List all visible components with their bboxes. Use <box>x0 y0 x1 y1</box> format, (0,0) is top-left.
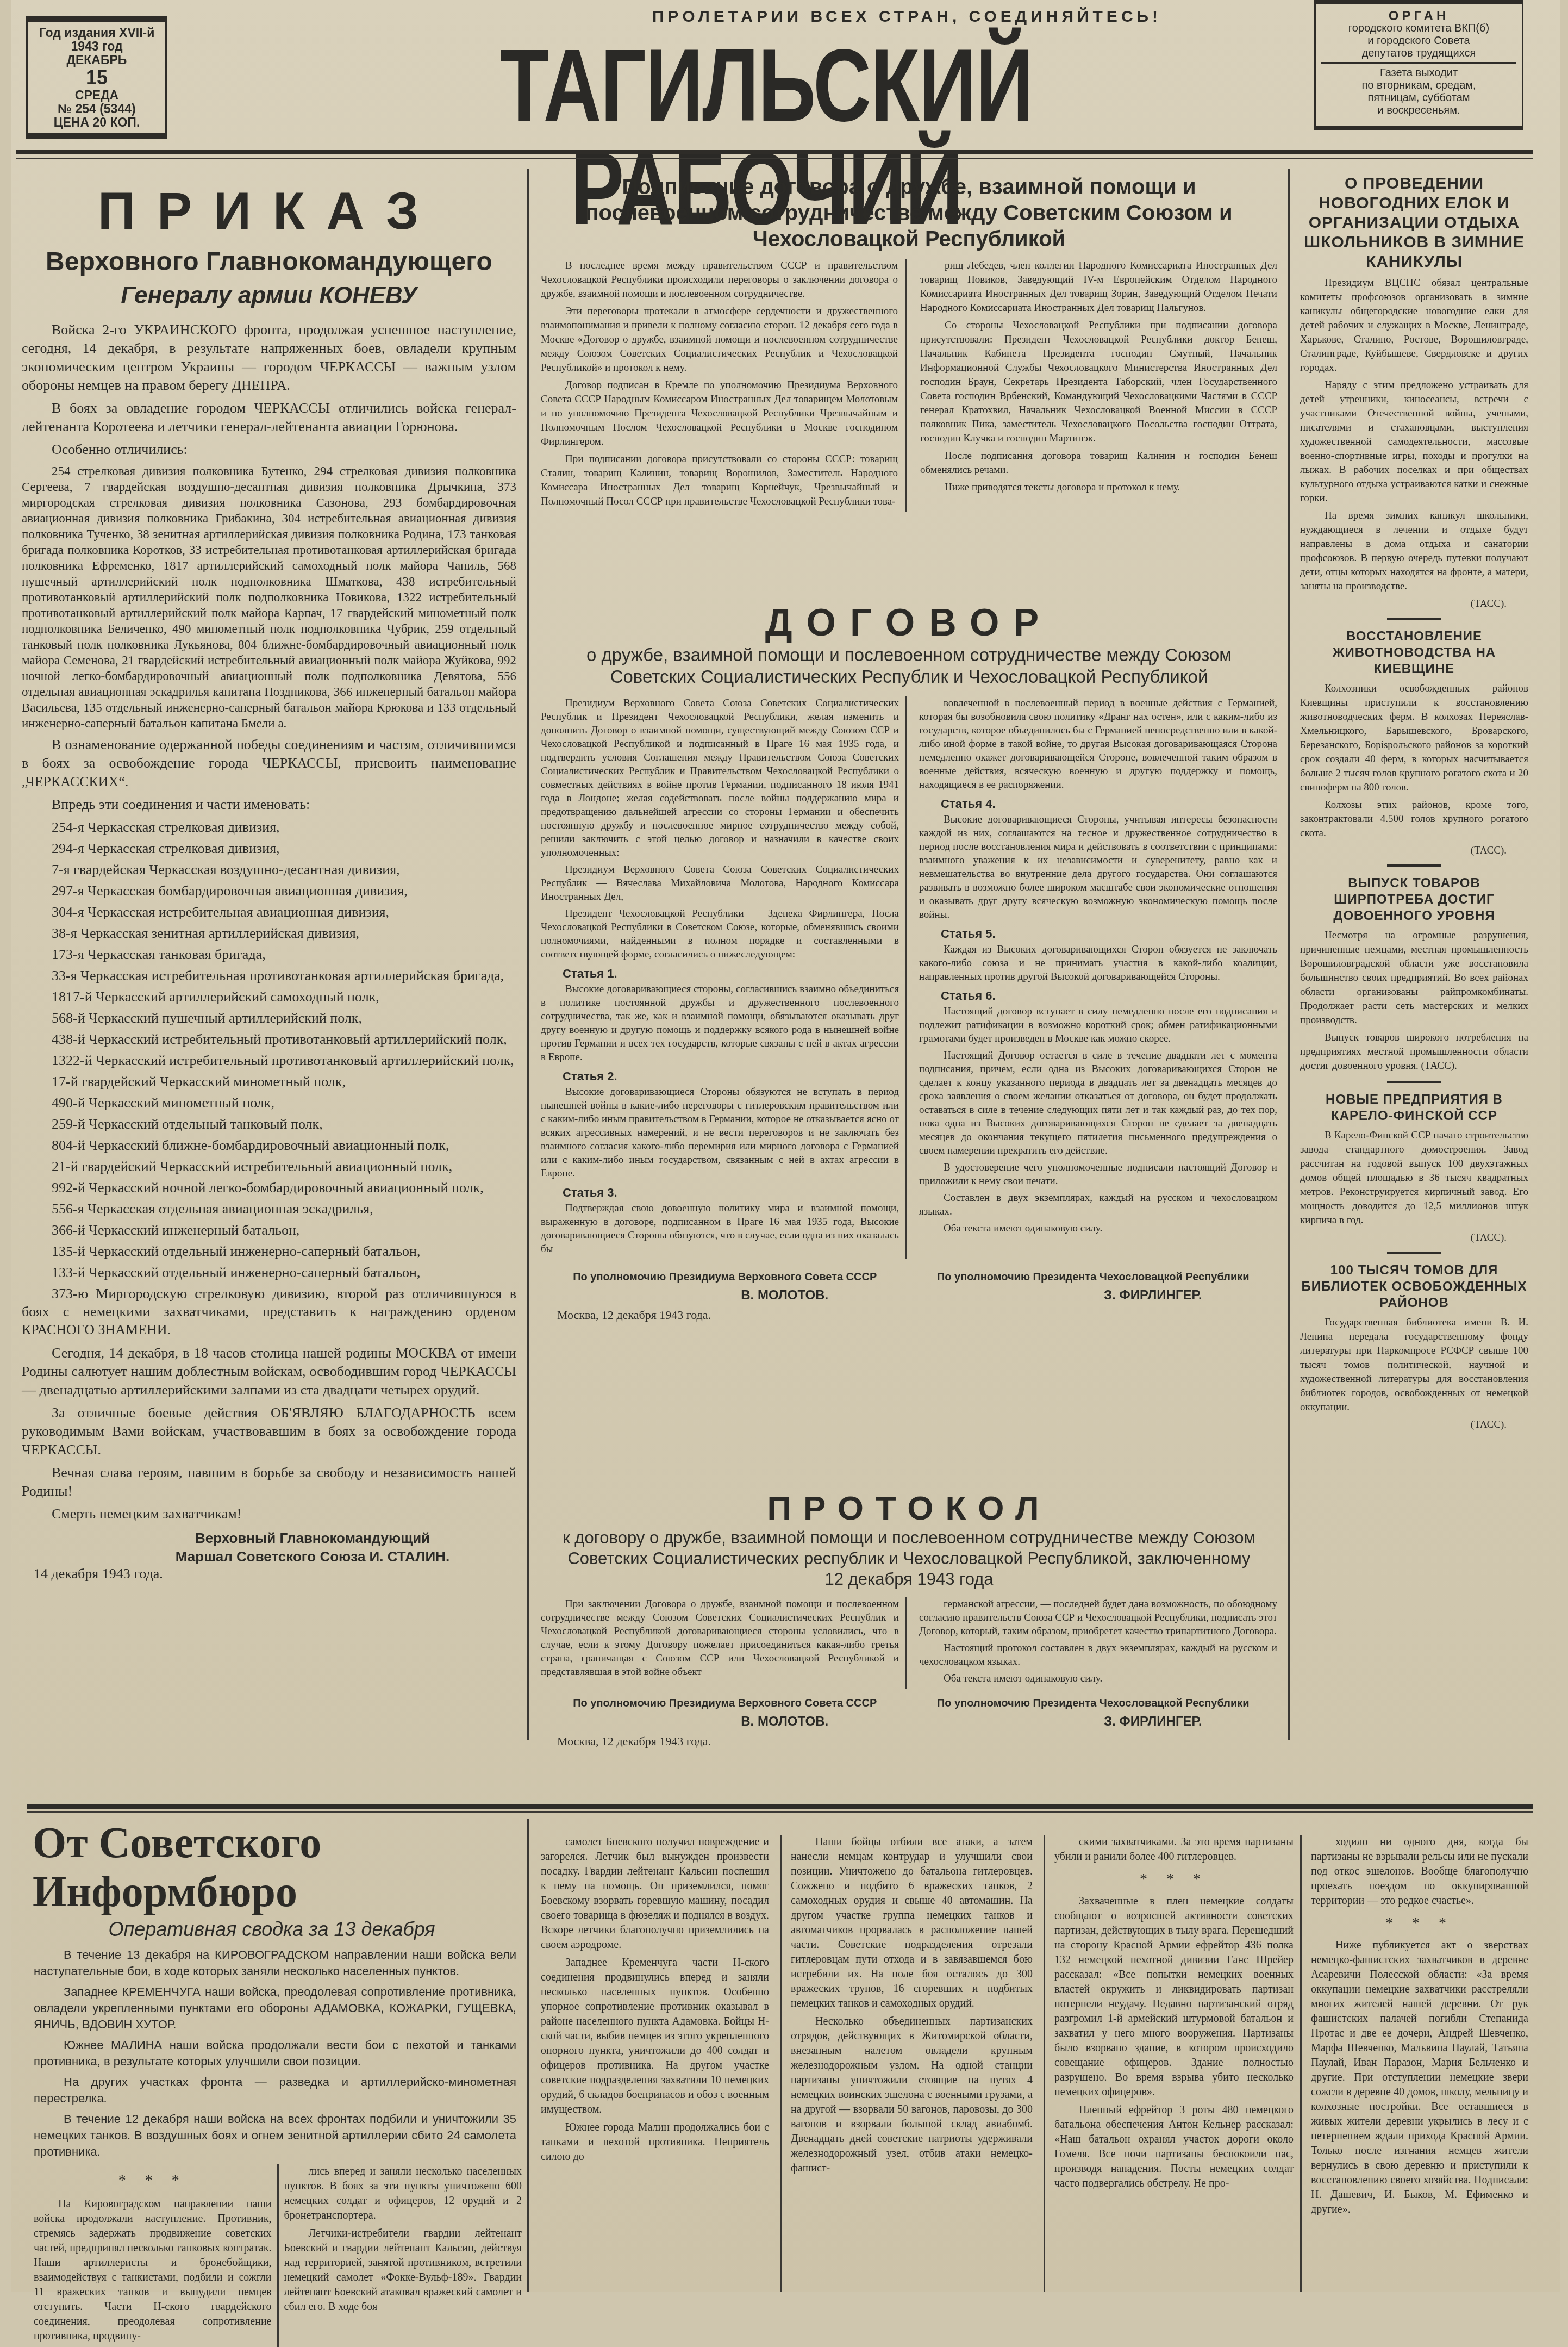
column-divider <box>1300 1835 1302 2292</box>
separator-stars: * * * <box>1311 1916 1528 1931</box>
paragraph: Оба текста имеют одинаковую силу. <box>919 1672 1277 1685</box>
prikaz-date: 14 декабря 1943 года. <box>34 1566 516 1582</box>
paragraph: В течение 13 декабря на КИРОВОГРАДСКОМ н… <box>34 1947 516 1979</box>
article-heading: Статья 1. <box>563 967 899 980</box>
paragraph: На время зимних каникул школьники, нужда… <box>1300 509 1528 594</box>
year-of-issue: Год издания XVII-й <box>28 26 165 40</box>
article-separator <box>1387 864 1441 867</box>
paragraph: Настоящий Договор остается в силе в тече… <box>919 1049 1277 1157</box>
column-divider <box>780 1835 782 2292</box>
paragraph: В Карело-Финской ССР начато строительств… <box>1300 1129 1528 1228</box>
schedule-line: Газета выходит <box>1316 67 1522 79</box>
source-credit: (ТАСС). <box>1300 598 1528 610</box>
informburo-col-b: лись вперед и заняли несколько населенны… <box>277 2164 522 2292</box>
informburo-lead: От Советского Информбюро Оперативная сво… <box>22 1819 522 2292</box>
paragraph: В ознаменование одержанной победы соедин… <box>22 736 516 791</box>
signature-name: Маршал Советского Союза И. СТАЛИН. <box>22 1547 516 1566</box>
sidebar-headline: ВОССТАНОВЛЕНИЕ ЖИВОТНОВОДСТВА НА КИЕВЩИН… <box>1300 628 1528 677</box>
paragraph: Впредь эти соединения и части именовать: <box>22 795 516 814</box>
unit-item: 366-й Черкасский инженерный батальон, <box>22 1221 516 1239</box>
unit-item: 297-я Черкасская бомбардировочная авиаци… <box>22 882 516 900</box>
article-heading: Статья 3. <box>563 1186 899 1199</box>
signature-name: В. МОЛОТОВ. <box>541 1286 909 1305</box>
informburo-subtitle: Оперативная сводка за 13 декабря <box>22 1916 522 1943</box>
paragraph: Высокие договаривающиеся Стороны обязуют… <box>541 1085 899 1180</box>
paragraph: Государственная библиотека имени В. И. Л… <box>1300 1316 1528 1415</box>
dogovor-date: Москва, 12 декабря 1943 года. <box>557 1308 1277 1322</box>
prikaz-subtitle: Верховного Главнокомандующего <box>22 246 516 278</box>
prikaz-body: Войска 2-го УКРАИНСКОГО фронта, продолжа… <box>22 321 516 814</box>
paragraph: На других участках фронта — разведка и а… <box>34 2074 516 2107</box>
unit-item: 304-я Черкасская истребительная авиацион… <box>22 903 516 921</box>
protokol-date: Москва, 12 декабря 1943 года. <box>557 1734 1277 1748</box>
source-credit: (ТАСС). <box>1300 1419 1528 1431</box>
paragraph: Составлен в двух экземплярах, каждый на … <box>919 1191 1277 1218</box>
source-credit: (ТАСС). <box>1300 1232 1528 1244</box>
article-heading: Статья 2. <box>563 1069 899 1083</box>
unit-item: 21-й гвардейский Черкасский истребительн… <box>22 1157 516 1175</box>
source-credit: (ТАСС). <box>1300 845 1528 857</box>
signature-name: З. ФИРЛИНГЕР. <box>909 1713 1278 1731</box>
dogovor-title: ДОГОВОР <box>541 601 1277 644</box>
dogovor-columns: Президиум Верховного Совета Союза Советс… <box>541 696 1277 1259</box>
informburo-title: От Советского Информбюро <box>33 1819 522 1916</box>
signing-columns: В последнее время между правительством С… <box>541 259 1277 512</box>
article-heading: Статья 6. <box>941 989 1277 1003</box>
unit-item: 254-я Черкасская стрелковая дивизия, <box>22 818 516 836</box>
sidebar-article: О ПРОВЕДЕНИИ НОВОГОДНИХ ЕЛОК И ОРГАНИЗАЦ… <box>1300 174 1528 610</box>
month: ДЕКАБРЬ <box>28 53 165 67</box>
signature-authority: По уполномочию Президента Чехословацкой … <box>909 1694 1278 1713</box>
sidebar-article: 100 ТЫСЯЧ ТОМОВ ДЛЯ БИБЛИОТЕК ОСВОБОЖДЕН… <box>1300 1252 1528 1431</box>
paragraph: Смерть немецким захватчикам! <box>22 1505 516 1523</box>
paragraph: германской агрессии, — последней будет д… <box>919 1597 1277 1638</box>
paragraph: Колхозники освобожденных районов Киевщин… <box>1300 682 1528 795</box>
paragraph: Западнее Кременчуга части Н-ского соедин… <box>541 1956 769 2117</box>
unit-item: 259-й Черкасский отдельный танковый полк… <box>22 1115 516 1133</box>
protokol-title: ПРОТОКОЛ <box>541 1490 1277 1528</box>
signature-block-right: По уполномочию Президента Чехословацкой … <box>909 1694 1278 1731</box>
article-heading: Статья 5. <box>941 927 1277 941</box>
separator-stars: * * * <box>1054 1872 1294 1887</box>
sidebar-headline: 100 ТЫСЯЧ ТОМОВ ДЛЯ БИБЛИОТЕК ОСВОБОЖДЕН… <box>1300 1262 1528 1311</box>
paragraph: рищ Лебедев, член коллегии Народного Ком… <box>920 259 1277 315</box>
unit-item: 38-я Черкасская зенитная артиллерийская … <box>22 924 516 942</box>
unit-item: 173-я Черкасская танковая бригада, <box>22 945 516 963</box>
paragraph: Несколько объединенных партизанских отря… <box>791 2014 1033 2176</box>
article-separator <box>1387 618 1441 620</box>
protokol-col-1: При заключении Договора о дружбе, взаимн… <box>541 1597 907 1689</box>
unit-item: 17-й гвардейский Черкасский минометный п… <box>22 1073 516 1091</box>
issue-number: № 254 (5344) <box>28 102 165 116</box>
sidebar-article: ВЫПУСК ТОВАРОВ ШИРПОТРЕБА ДОСТИГ ДОВОЕНН… <box>1300 864 1528 1073</box>
paragraph: На Кировоградском направлении наши войск… <box>34 2197 272 2292</box>
paragraph: Высокие договаривающиеся Стороны, учитыв… <box>919 813 1277 922</box>
paragraph: самолет Боевского получил повреждение и … <box>541 1835 769 1952</box>
paragraph: ходило ни одного дня, когда бы партизаны… <box>1311 1835 1528 1908</box>
paragraph: Настоящий договор вступает в силу немедл… <box>919 1005 1277 1045</box>
sidebar-article: НОВЫЕ ПРЕДПРИЯТИЯ В КАРЕЛО-ФИНСКОЙ ССРВ … <box>1300 1081 1528 1244</box>
signature-block-right: По уполномочию Президента Чехословацкой … <box>909 1268 1278 1305</box>
paragraph: Захваченные в плен немецкие солдаты сооб… <box>1054 1894 1294 2100</box>
motto: ПРОЛЕТАРИИ ВСЕХ СТРАН, СОЕДИНЯЙТЕСЬ! <box>652 8 1161 26</box>
day: 15 <box>28 67 165 89</box>
article-separator <box>1387 1081 1441 1083</box>
paragraph: Каждая из Высоких договаривающихся Сторо… <box>919 943 1277 983</box>
paragraph: Сегодня, 14 декабря, в 18 часов столица … <box>22 1344 516 1399</box>
unit-item: 490-й Черкасский минометный полк, <box>22 1094 516 1112</box>
dogovor-subtitle: о дружбе, взаимной помощи и послевоенном… <box>541 644 1277 688</box>
right-info-box: ОРГАН городского комитета ВКП(б) и город… <box>1314 0 1523 130</box>
paragraph: Вечная слава героям, павшим в борьбе за … <box>22 1464 516 1501</box>
masthead-rule <box>16 150 1533 154</box>
unit-item: 294-я Черкасская стрелковая дивизия, <box>22 839 516 857</box>
dogovor-article: ДОГОВОР о дружбе, взаимной помощи и посл… <box>541 601 1277 1322</box>
paragraph: В течение 12 декабря наши войска на всех… <box>34 2111 516 2160</box>
paragraph: Президиум Верховного Совета Союза Советс… <box>541 696 899 860</box>
unit-item: 33-я Черкасская истребительная противота… <box>22 967 516 985</box>
unit-item: 1817-й Черкасский артиллерийский самоход… <box>22 988 516 1006</box>
informburo-col-c: самолет Боевского получил повреждение и … <box>541 1835 769 2168</box>
signing-article: Подписание договора о дружбе, взаимной п… <box>541 174 1277 512</box>
unit-item: 992-й Черкасский ночной легко-бомбардиро… <box>22 1179 516 1197</box>
paragraph: Ниже публикуется акт о зверствах немецко… <box>1311 1938 1528 2217</box>
dogovor-col-2: вовлеченной в послевоенный период в воен… <box>919 696 1277 1259</box>
price: ЦЕНА 20 КОП. <box>28 116 165 129</box>
informburo-col-e: скими захватчиками. За это время партиза… <box>1054 1835 1294 2194</box>
signing-col-2: рищ Лебедев, член коллегии Народного Ком… <box>920 259 1277 512</box>
news-sidebar: О ПРОВЕДЕНИИ НОВОГОДНИХ ЕЛОК И ОРГАНИЗАЦ… <box>1300 174 1528 1439</box>
paragraph: В последнее время между правительством С… <box>541 259 898 301</box>
signature-block-left: По уполномочию Президиума Верховного Сов… <box>541 1268 909 1305</box>
paragraph: скими захватчиками. За это время партиза… <box>1054 1835 1294 1864</box>
organ-label: ОРГАН <box>1316 10 1522 22</box>
paragraph: Эти переговоры протекали в атмосфере сер… <box>541 304 898 375</box>
dogovor-col-1: Президиум Верховного Совета Союза Советс… <box>541 696 907 1259</box>
paragraph: При подписании договора присутствовали с… <box>541 452 898 509</box>
paragraph: 254 стрелковая дивизия полковника Бутенк… <box>22 463 516 731</box>
unit-item: 7-я гвардейская Черкасская воздушно-деса… <box>22 861 516 879</box>
schedule-line: пятницам, субботам <box>1316 92 1522 104</box>
paragraph: Договор подписан в Кремле по уполномочию… <box>541 378 898 449</box>
paragraph: Колхозы этих районов, кроме того, законт… <box>1300 798 1528 841</box>
sidebar-headline: ВЫПУСК ТОВАРОВ ШИРПОТРЕБА ДОСТИГ ДОВОЕНН… <box>1300 875 1528 924</box>
unit-item: 133-й Черкасский отдельный инженерно-сап… <box>22 1263 516 1281</box>
sidebar-headline: НОВЫЕ ПРЕДПРИЯТИЯ В КАРЕЛО-ФИНСКОЙ ССР <box>1300 1092 1528 1124</box>
signature-authority: По уполномочию Президиума Верховного Сов… <box>541 1268 909 1286</box>
prikaz-closing: Сегодня, 14 декабря, в 18 часов столица … <box>22 1344 516 1523</box>
article-heading: Статья 4. <box>941 797 1277 811</box>
paragraph: Войска 2-го УКРАИНСКОГО фронта, продолжа… <box>22 321 516 395</box>
left-info-box: Год издания XVII-й 1943 год ДЕКАБРЬ 15 С… <box>26 16 167 139</box>
section-rule-thin <box>27 1811 1533 1813</box>
unit-item: 556-я Черкасская отдельная авиационная э… <box>22 1200 516 1218</box>
paragraph: В удостоверение чего уполномоченные подп… <box>919 1161 1277 1188</box>
weekday: СРЕДА <box>28 89 165 102</box>
prikaz-article: ПРИКАЗ Верховного Главнокомандующего Ген… <box>22 174 516 1582</box>
section-rule <box>27 1804 1533 1809</box>
signing-headline: Подписание договора о дружбе, взаимной п… <box>541 174 1277 252</box>
informburo-col-a: * * * На Кировоградском направлении наши… <box>34 2164 277 2292</box>
paragraph: Президиум Верховного Совета Союза Советс… <box>541 863 899 904</box>
protokol-signatures: По уполномочию Президиума Верховного Сов… <box>541 1694 1277 1731</box>
paragraph: Пленный ефрейтор 3 роты 480 немецкого ба… <box>1054 2103 1294 2191</box>
paragraph: После подписания договора товарищ Калини… <box>920 449 1277 477</box>
signature-block-left: По уполномочию Президиума Верховного Сов… <box>541 1694 909 1731</box>
paragraph: Президент Чехословацкой Республики — Зде… <box>541 907 899 961</box>
unit-item: 373-ю Миргородскую стрелковую дивизию, в… <box>22 1285 516 1339</box>
organ-line: и городского Совета <box>1316 35 1522 47</box>
unit-item: 804-й Черкасский ближне-бомбардировочный… <box>22 1136 516 1154</box>
organ-line: депутатов трудящихся <box>1321 47 1516 64</box>
masthead-rule-thin <box>16 158 1533 159</box>
paragraph: Южнее МАЛИНА наши войска продолжали вест… <box>34 2037 516 2070</box>
paragraph: Со стороны Чехословацкой Республики при … <box>920 319 1277 446</box>
paragraph: За отличные боевые действия ОБ'ЯВЛЯЮ БЛА… <box>22 1404 516 1459</box>
unit-item: 438-й Черкасский истребительный противот… <box>22 1030 516 1048</box>
paragraph: Настоящий протокол составлен в двух экзе… <box>919 1641 1277 1669</box>
signing-col-1: В последнее время между правительством С… <box>541 259 907 512</box>
paragraph: Президиум ВЦСПС обязал центральные комит… <box>1300 276 1528 375</box>
unit-item: 1322-й Черкасский истребительный противо… <box>22 1051 516 1069</box>
separator-stars: * * * <box>34 2172 272 2189</box>
signature-authority: По уполномочию Президента Чехословацкой … <box>909 1268 1278 1286</box>
protokol-article: ПРОТОКОЛ к договору о дружбе, взаимной п… <box>541 1490 1277 1748</box>
paragraph: Особенно отличились: <box>22 440 516 459</box>
informburo-article: От Советского Информбюро Оперативная сво… <box>22 1819 1527 2292</box>
column-divider <box>1288 169 1290 1740</box>
prikaz-addressee: Генералу армии КОНЕВУ <box>22 278 516 313</box>
protokol-col-2: германской агрессии, — последней будет д… <box>919 1597 1277 1689</box>
paragraph: Ниже приводятся тексты договора и проток… <box>920 481 1277 495</box>
schedule-line: по вторникам, средам, <box>1316 79 1522 92</box>
signature-title: Верховный Главнокомандующий <box>22 1529 516 1547</box>
paragraph: Летчики-истребители гвардии лейтенант Бо… <box>284 2226 522 2292</box>
unit-item: 135-й Черкасский отдельный инженерно-сап… <box>22 1242 516 1260</box>
newspaper-page: Год издания XVII-й 1943 год ДЕКАБРЬ 15 С… <box>11 0 1560 2292</box>
unit-item: 568-й Черкасский пушечный артиллерийский… <box>22 1009 516 1027</box>
units-list: 254-я Черкасская стрелковая дивизия,294-… <box>22 818 516 1339</box>
column-divider <box>1044 1835 1045 2292</box>
signature-name: З. ФИРЛИНГЕР. <box>909 1286 1278 1305</box>
paragraph: Южнее города Малин продолжались бои с та… <box>541 2120 769 2164</box>
article-separator <box>1387 1252 1441 1254</box>
paragraph: Наряду с этим предложено устраивать для … <box>1300 378 1528 506</box>
paragraph: лись вперед и заняли несколько населенны… <box>284 2164 522 2223</box>
paragraph: В боях за овладение городом ЧЕРКАССЫ отл… <box>22 399 516 436</box>
paragraph: Выпуск товаров широкого потребления на п… <box>1300 1031 1528 1073</box>
informburo-col-d: Наши бойцы отбили все атаки, а затем нан… <box>791 1835 1033 2179</box>
schedule-line: и воскресеньям. <box>1316 104 1522 117</box>
organ-line: городского комитета ВКП(б) <box>1316 22 1522 35</box>
prikaz-title: ПРИКАЗ <box>22 182 516 241</box>
paragraph: Западнее КРЕМЕНЧУГА наши войска, преодол… <box>34 1984 516 2033</box>
paragraph: Оба текста имеют одинаковую силу. <box>919 1222 1277 1235</box>
informburo-summary: В течение 13 декабря на КИРОВОГРАДСКОМ н… <box>22 1947 522 2160</box>
sidebar-headline: О ПРОВЕДЕНИИ НОВОГОДНИХ ЕЛОК И ОРГАНИЗАЦ… <box>1300 174 1528 272</box>
informburo-subcols: * * * На Кировоградском направлении наши… <box>22 2164 522 2292</box>
year: 1943 год <box>28 40 165 53</box>
protokol-columns: При заключении Договора о дружбе, взаимн… <box>541 1597 1277 1689</box>
column-divider <box>527 1819 529 2292</box>
sidebar-article: ВОССТАНОВЛЕНИЕ ЖИВОТНОВОДСТВА НА КИЕВЩИН… <box>1300 618 1528 857</box>
paragraph: При заключении Договора о дружбе, взаимн… <box>541 1597 899 1679</box>
column-divider <box>527 169 529 1740</box>
paragraph: Несмотря на огромные разрушения, причине… <box>1300 929 1528 1028</box>
dogovor-signatures: По уполномочию Президиума Верховного Сов… <box>541 1268 1277 1305</box>
paragraph: Наши бойцы отбили все атаки, а затем нан… <box>791 1835 1033 2011</box>
paragraph: Подтверждая свою довоенную политику мира… <box>541 1201 899 1256</box>
protokol-subtitle: к договору о дружбе, взаимной помощи и п… <box>541 1528 1277 1590</box>
signature-name: В. МОЛОТОВ. <box>541 1713 909 1731</box>
signature-authority: По уполномочию Президиума Верховного Сов… <box>541 1694 909 1713</box>
paragraph: вовлеченной в послевоенный период в воен… <box>919 696 1277 792</box>
paragraph: Высокие договаривающиеся стороны, соглас… <box>541 982 899 1064</box>
informburo-col-f: ходило ни одного дня, когда бы партизаны… <box>1311 1835 1528 2220</box>
